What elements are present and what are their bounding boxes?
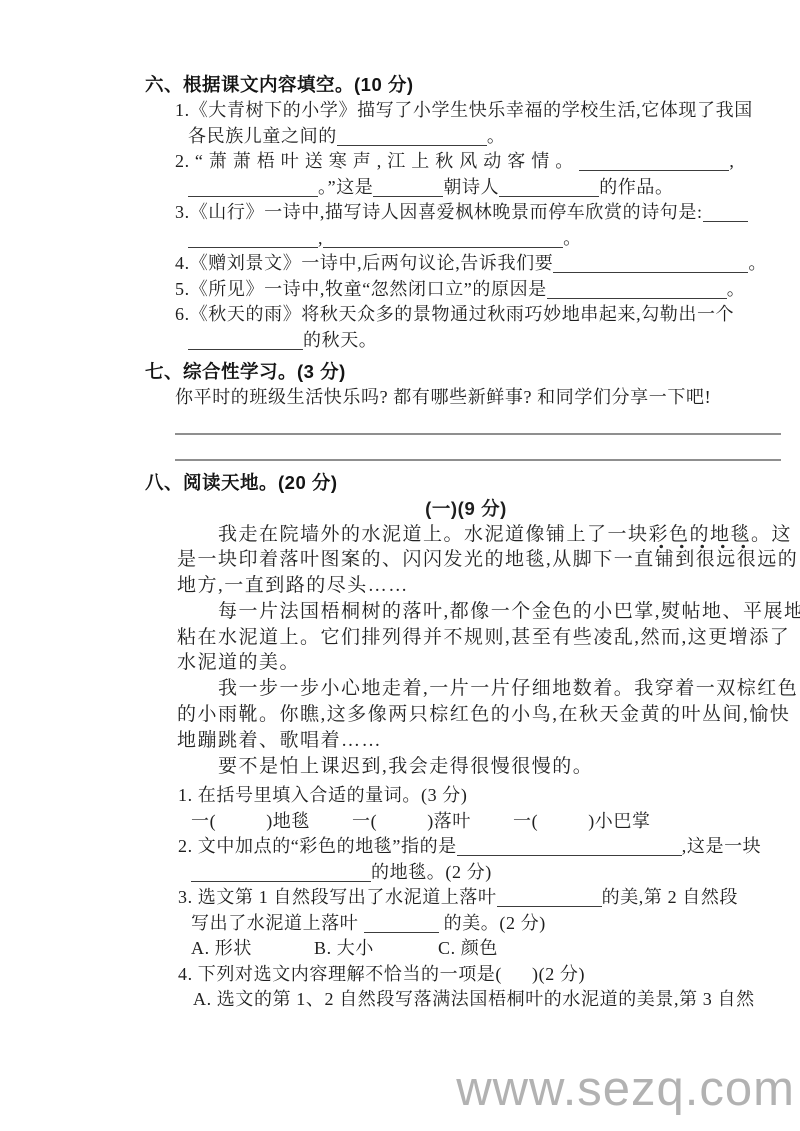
text-run: 粘在水泥道上。它们排列得并不规则,甚至有些凌乱,然而,这更增添了 bbox=[177, 627, 790, 648]
rq1-blanks: 一()地毯一()落叶一()小巴掌 bbox=[191, 809, 787, 835]
passage-p2-l3: 水泥道的美。 bbox=[177, 650, 787, 676]
text-run: 。 bbox=[487, 126, 506, 146]
text-run: 5.《所见》一诗中,牧童“忽然闭口立”的原因是 bbox=[175, 279, 547, 299]
text-run: B. 大小 bbox=[314, 938, 374, 958]
fill-in-blank bbox=[579, 152, 729, 171]
rq2-line2: 的地毯。(2 分) bbox=[191, 860, 787, 886]
fill-in-blank bbox=[373, 178, 443, 197]
section-six-heading: 六、根据课文内容填空。(10 分) bbox=[145, 72, 787, 98]
q7-prompt: 你平时的班级生活快乐吗? 都有哪些新鲜事? 和同学们分享一下吧! bbox=[175, 385, 787, 411]
text-run: 八、阅读天地。(20 分) bbox=[145, 472, 338, 493]
text-run: 一( bbox=[191, 811, 216, 831]
passage-p4-l1: 要不是怕上课迟到,我会走得很慢很慢的。 bbox=[218, 754, 787, 780]
section-eight-heading: 八、阅读天地。(20 分) bbox=[145, 470, 787, 496]
text-run: 你平时的班级生活快乐吗? 都有哪些新鲜事? 和同学们分享一下吧! bbox=[175, 387, 711, 407]
text-run: 4. 下列对选文内容理解不恰当的一项是( bbox=[178, 964, 502, 984]
text-run: 七、综合性学习。(3 分) bbox=[145, 361, 346, 382]
text-run: 各民族儿童之间的 bbox=[188, 126, 337, 146]
rq1: 1. 在括号里填入合适的量词。(3 分) bbox=[178, 783, 787, 809]
text-run: 我一步一步小心地走着,一片一片仔细地数着。我穿着一双棕红色 bbox=[218, 678, 798, 699]
text-run: ,这是一块 bbox=[682, 836, 762, 856]
q6-3-line2: ,。 bbox=[188, 226, 787, 252]
passage-p2-l1: 每一片法国梧桐树的落叶,都像一个金色的小巴掌,熨帖地、平展地 bbox=[218, 599, 787, 625]
passage-number: (一)(9 分) bbox=[145, 496, 787, 522]
q6-5: 5.《所见》一诗中,牧童“忽然闭口立”的原因是。 bbox=[175, 277, 787, 303]
q6-2-line2: 。”这是朝诗人的作品。 bbox=[188, 175, 787, 201]
q6-1-line1: 1.《大青树下的小学》描写了小学生快乐幸福的学校生活,它体现了我国 bbox=[175, 98, 787, 124]
text-run: 1.《大青树下的小学》描写了小学生快乐幸福的学校生活,它体现了我国 bbox=[175, 100, 753, 120]
fill-in-blank bbox=[547, 280, 727, 299]
passage-p3-l1: 我一步一步小心地走着,一片一片仔细地数着。我穿着一双棕红色 bbox=[218, 676, 787, 702]
rq3-options: A. 形状B. 大小C. 颜色 bbox=[191, 936, 787, 962]
text-run: 2. bbox=[175, 151, 195, 171]
text-run: A. 选文的第 1、2 自然段写落满法国梧桐叶的水泥道的美景,第 3 自然 bbox=[193, 989, 755, 1009]
text-run: 水泥道的美。 bbox=[177, 652, 300, 673]
passage-p1-l2: 是一块印着落叶图案的、闪闪发光的地毯,从脚下一直铺到很远很远的 bbox=[177, 547, 787, 573]
fill-in-blank bbox=[364, 914, 439, 933]
passage-p1-l3: 地方,一直到路的尽头…… bbox=[177, 573, 787, 599]
text-run: 。 bbox=[748, 253, 767, 273]
fill-in-blank bbox=[191, 863, 371, 882]
text-run: 。 bbox=[727, 279, 746, 299]
rq3-line1: 3. 选文第 1 自然段写出了水泥道上落叶的美,第 2 自然段 bbox=[178, 885, 787, 911]
rq2-line1: 2. 文中加点的“彩色的地毯”指的是,这是一块 bbox=[178, 834, 787, 860]
text-run: )地毯 bbox=[266, 811, 310, 831]
passage-p3-l3: 地蹦跳着、歌唱着…… bbox=[177, 728, 787, 754]
text-run: 每一片法国梧桐树的落叶,都像一个金色的小巴掌,熨帖地、平展地 bbox=[218, 601, 800, 622]
q6-3-line1: 3.《山行》一诗中,描写诗人因喜爱枫林晚景而停车欣赏的诗句是: bbox=[175, 200, 787, 226]
fill-in-blank bbox=[188, 178, 318, 197]
text-run: 3. 选文第 1 自然段写出了水泥道上落叶 bbox=[178, 887, 497, 907]
text-run: 。这 bbox=[751, 524, 792, 545]
text-run: )落叶 bbox=[427, 811, 471, 831]
fill-in-blank bbox=[499, 178, 599, 197]
q6-1-line2: 各民族儿童之间的。 bbox=[188, 124, 787, 150]
text-run: 3.《山行》一诗中,描写诗人因喜爱枫林晚景而停车欣赏的诗句是: bbox=[175, 202, 703, 222]
rq3-line2: 写出了水泥道上落叶 的美。(2 分) bbox=[191, 911, 787, 937]
text-run: 4.《赠刘景文》一诗中,后两句议论,告诉我们要 bbox=[175, 253, 553, 273]
fill-in-blank bbox=[553, 254, 748, 273]
text-run: 要不是怕上课迟到,我会走得很慢很慢的。 bbox=[218, 756, 593, 777]
q6-6-line1: 6.《秋天的雨》将秋天众多的景物通过秋雨巧妙地串起来,勾勒出一个 bbox=[175, 302, 787, 328]
text-run: 的美,第 2 自然段 bbox=[602, 887, 739, 907]
fill-in-blank bbox=[323, 229, 563, 248]
text-run: 写出了水泥道上落叶 bbox=[191, 913, 364, 933]
text-run: C. 颜色 bbox=[438, 938, 498, 958]
text-run: 一( bbox=[352, 811, 377, 831]
text-run: , bbox=[729, 151, 734, 171]
text-run: (一)(9 分) bbox=[425, 498, 507, 519]
q6-2-line1: 2. “萧萧梧叶送寒声,江上秋风动客情。, bbox=[175, 149, 787, 175]
text-run: “萧萧梧叶送寒声,江上秋风动客情。 bbox=[195, 151, 580, 171]
q6-6-line2: 的秋天。 bbox=[188, 328, 787, 354]
passage-p1-l1: 我走在院墙外的水泥道上。水泥道像铺上了一块彩色的地毯。这 bbox=[218, 522, 787, 548]
fill-in-blank bbox=[337, 127, 487, 146]
site-watermark: www.sezq.com bbox=[456, 1061, 795, 1117]
fill-in-blank bbox=[188, 229, 318, 248]
section-seven-heading: 七、综合性学习。(3 分) bbox=[145, 359, 787, 385]
text-run: 6.《秋天的雨》将秋天众多的景物通过秋雨巧妙地串起来,勾勒出一个 bbox=[175, 304, 734, 324]
fill-in-blank bbox=[188, 331, 303, 350]
fill-in-blank bbox=[497, 888, 602, 907]
text-run: 我走在院墙外的水泥道上。水泥道像铺上了一块 bbox=[218, 524, 649, 545]
text-run: 的地毯。(2 分) bbox=[371, 862, 492, 882]
text-run: 。”这是 bbox=[318, 177, 373, 197]
text-run: 朝诗人 bbox=[443, 177, 499, 197]
text-run: 的小雨靴。你瞧,这多像两只棕红色的小鸟,在秋天金黄的叶丛间,愉快 bbox=[177, 704, 790, 725]
text-run: 2. 文中加点的“彩色的地毯”指的是 bbox=[178, 836, 457, 856]
passage-p2-l2: 粘在水泥道上。它们排列得并不规则,甚至有些凌乱,然而,这更增添了 bbox=[177, 625, 787, 651]
text-run: 地蹦跳着、歌唱着…… bbox=[177, 730, 382, 751]
rq4-option-a: A. 选文的第 1、2 自然段写落满法国梧桐叶的水泥道的美景,第 3 自然 bbox=[193, 987, 787, 1013]
exam-page-content: 六、根据课文内容填空。(10 分)1.《大青树下的小学》描写了小学生快乐幸福的学… bbox=[145, 72, 787, 1013]
text-run: 的秋天。 bbox=[303, 330, 377, 350]
q6-4: 4.《赠刘景文》一诗中,后两句议论,告诉我们要。 bbox=[175, 251, 787, 277]
answer-line-2 bbox=[175, 459, 781, 461]
fill-in-blank bbox=[457, 837, 682, 856]
text-run: )(2 分) bbox=[532, 964, 585, 984]
text-run: 六、根据课文内容填空。(10 分) bbox=[145, 74, 414, 95]
text-run: A. 形状 bbox=[191, 938, 252, 958]
text-run: 地方,一直到路的尽头…… bbox=[177, 575, 409, 596]
text-run: 1. 在括号里填入合适的量词。(3 分) bbox=[178, 785, 468, 805]
answer-line-1 bbox=[175, 433, 781, 435]
fill-in-blank bbox=[703, 203, 748, 222]
emphasized-text: 彩色的地毯 bbox=[649, 524, 752, 549]
text-run: 。 bbox=[563, 228, 582, 248]
text-run: )小巴掌 bbox=[588, 811, 650, 831]
text-run: 是一块印着落叶图案的、闪闪发光的地毯,从脚下一直铺到很远很远的 bbox=[177, 549, 798, 570]
passage-p3-l2: 的小雨靴。你瞧,这多像两只棕红色的小鸟,在秋天金黄的叶丛间,愉快 bbox=[177, 702, 787, 728]
rq4: 4. 下列对选文内容理解不恰当的一项是()(2 分) bbox=[178, 962, 787, 988]
text-run: 的作品。 bbox=[599, 177, 673, 197]
text-run: 一( bbox=[513, 811, 538, 831]
text-run: 的美。(2 分) bbox=[439, 913, 546, 933]
